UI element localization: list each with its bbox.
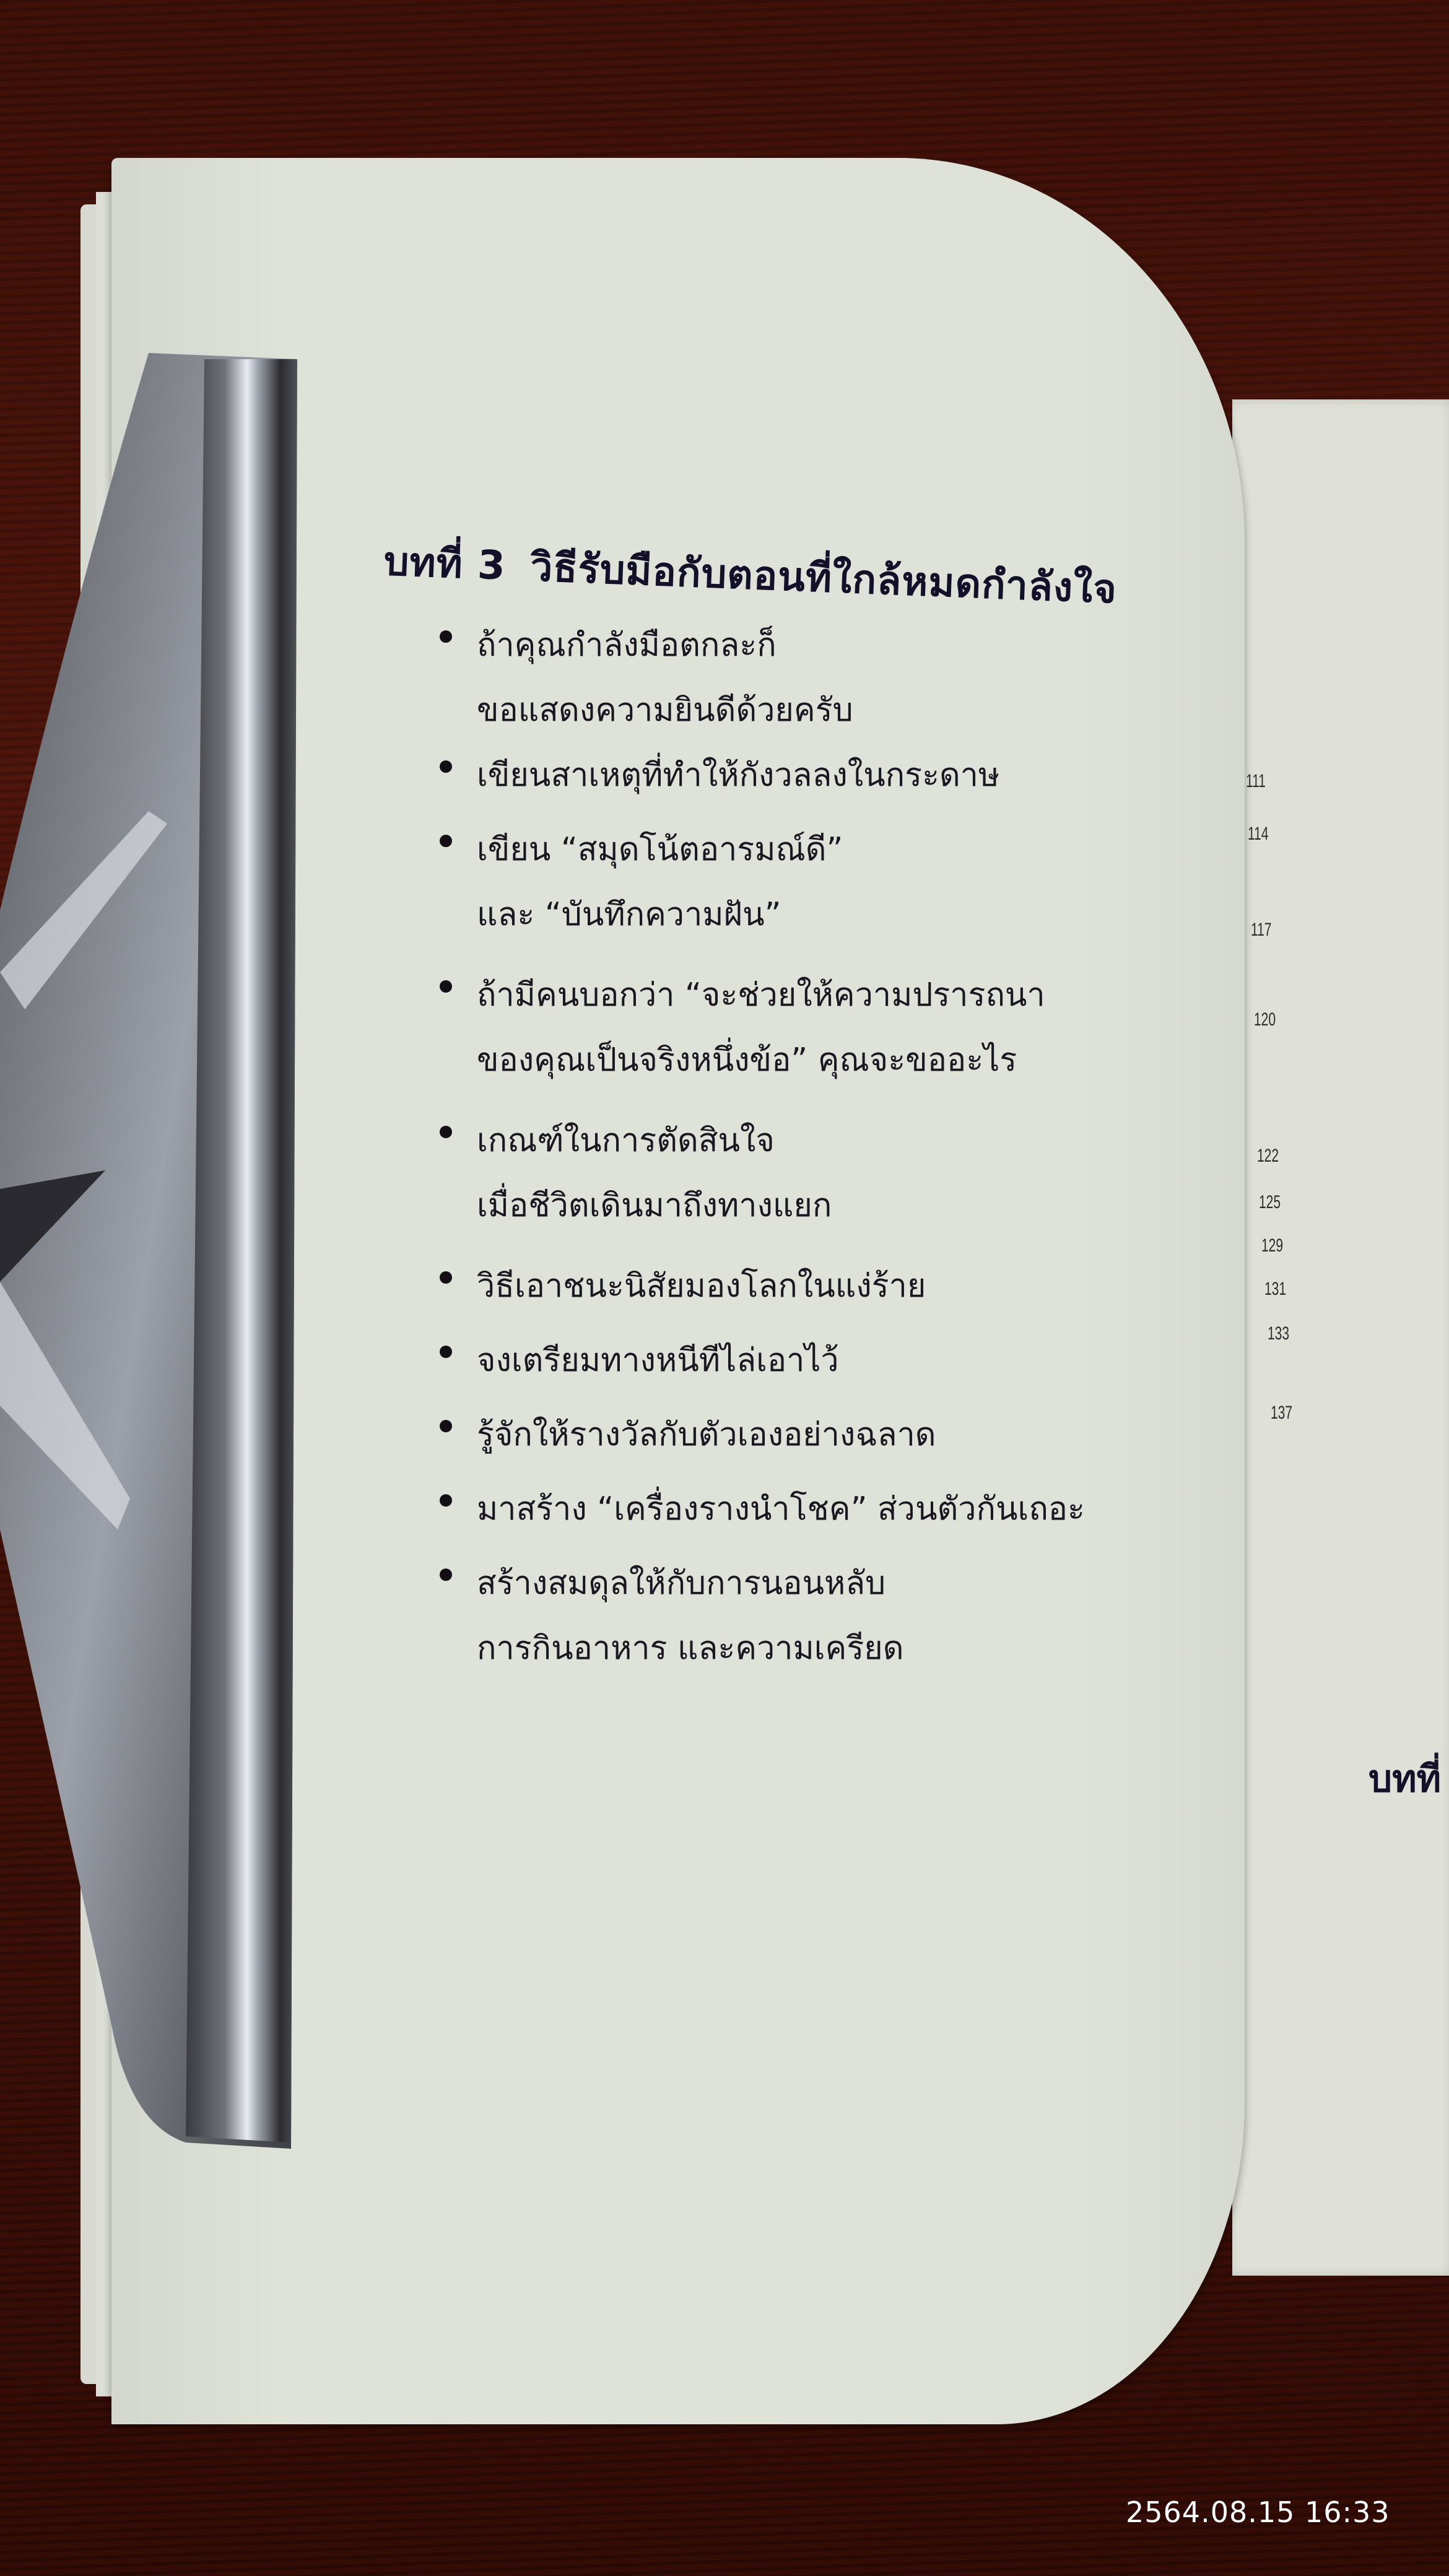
- page-number: 133: [1268, 1323, 1289, 1344]
- toc-item[interactable]: รู้จักให้รางวัลกับตัวเองอย่างฉลาด: [477, 1403, 936, 1468]
- toc-item[interactable]: มาสร้าง “เครื่องรางนำโชค” ส่วนตัวกันเถอะ: [477, 1477, 1085, 1542]
- toc-item[interactable]: วิธีเอาชนะนิสัยมองโลกในแง่ร้าย: [477, 1254, 926, 1319]
- page-number: 137: [1271, 1403, 1292, 1424]
- page-number: 131: [1264, 1279, 1286, 1300]
- toc-item[interactable]: เกณฑ์ในการตัดสินใจ เมื่อชีวิตเดินมาถึงทา…: [477, 1108, 832, 1238]
- photo-timestamp: 2564.08.15 16:33: [1126, 2495, 1390, 2529]
- bullet-icon: [440, 980, 452, 993]
- page-number: 120: [1254, 1009, 1276, 1030]
- bullet-icon: [440, 1569, 452, 1581]
- toc-item[interactable]: สร้างสมดุลให้กับการนอนหลับ การกินอาหาร แ…: [477, 1551, 904, 1681]
- toc-item[interactable]: ถ้าคุณกำลังมือตกละก็ ขอแสดงความยินดีด้วย…: [477, 613, 853, 743]
- bullet-icon: [440, 630, 452, 643]
- bullet-icon: [440, 1420, 452, 1432]
- page-number: 114: [1248, 824, 1268, 845]
- page-number: 111: [1246, 771, 1266, 792]
- toc-item[interactable]: จงเตรียมทางหนีทีไล่เอาไว้: [477, 1328, 839, 1393]
- right-page-chapter-heading: บทที่: [1368, 1749, 1441, 1808]
- chapter-number: บทที่ 3: [383, 539, 507, 590]
- page-number: 129: [1261, 1235, 1283, 1256]
- chapter-title: วิธีรับมือกับตอนที่ใกล้หมดกำลังใจ: [529, 544, 1118, 612]
- right-page: บทที่: [1232, 399, 1449, 2276]
- binder-clip: [0, 353, 303, 2149]
- bullet-icon: [440, 1494, 452, 1507]
- toc-item[interactable]: เขียน “สมุดโน้ตอารมณ์ดี” และ “บันทึกความ…: [477, 817, 843, 947]
- page-number: 122: [1257, 1146, 1279, 1167]
- bullet-icon: [440, 760, 452, 773]
- page-number: 117: [1251, 920, 1271, 941]
- bullet-icon: [440, 1271, 452, 1284]
- bullet-icon: [440, 1346, 452, 1358]
- page-number: 125: [1259, 1192, 1281, 1213]
- toc-item[interactable]: เขียนสาเหตุที่ทำให้กังวลลงในกระดาษ: [477, 743, 999, 808]
- bullet-icon: [440, 835, 452, 847]
- toc-item[interactable]: ถ้ามีคนบอกว่า “จะช่วยให้ความปรารถนา ของค…: [477, 963, 1045, 1093]
- bullet-icon: [440, 1126, 452, 1138]
